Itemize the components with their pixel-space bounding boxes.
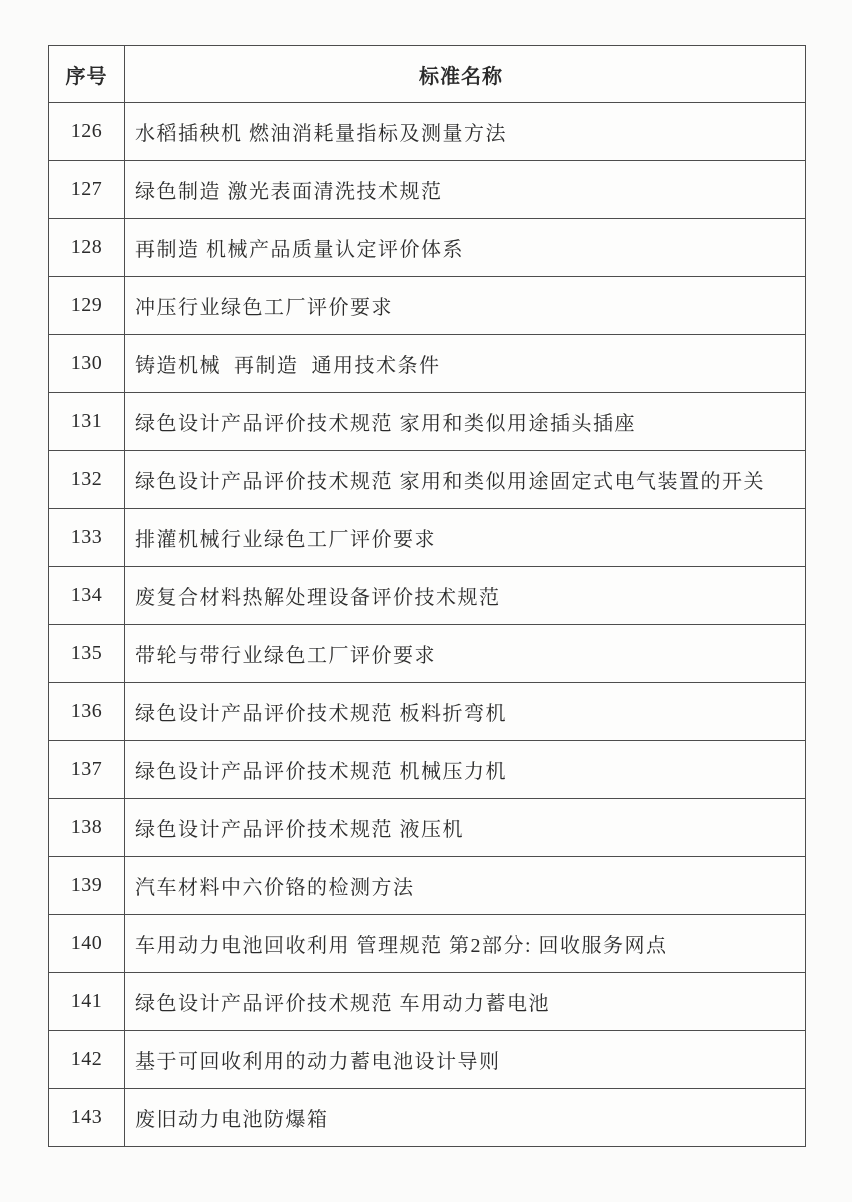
table-body: 126 水稻插秧机 燃油消耗量指标及测量方法 127 绿色制造 激光表面清洗技术…: [49, 103, 806, 1147]
table-row: 142 基于可回收利用的动力蓄电池设计导则: [49, 1031, 806, 1089]
document-page: 序号 标准名称 126 水稻插秧机 燃油消耗量指标及测量方法 127 绿色制造 …: [0, 0, 852, 1202]
table-row: 133 排灌机械行业绿色工厂评价要求: [49, 509, 806, 567]
row-name-cell: 水稻插秧机 燃油消耗量指标及测量方法: [125, 103, 806, 161]
row-index-cell: 133: [49, 509, 125, 567]
row-name-cell: 绿色设计产品评价技术规范 液压机: [125, 799, 806, 857]
table-row: 136 绿色设计产品评价技术规范 板料折弯机: [49, 683, 806, 741]
table-row: 129 冲压行业绿色工厂评价要求: [49, 277, 806, 335]
row-name-cell: 冲压行业绿色工厂评价要求: [125, 277, 806, 335]
table-row: 135 带轮与带行业绿色工厂评价要求: [49, 625, 806, 683]
row-name-cell: 车用动力电池回收利用 管理规范 第2部分: 回收服务网点: [125, 915, 806, 973]
row-index-cell: 132: [49, 451, 125, 509]
row-name-cell: 再制造 机械产品质量认定评价体系: [125, 219, 806, 277]
row-name-cell: 绿色设计产品评价技术规范 车用动力蓄电池: [125, 973, 806, 1031]
row-index-cell: 137: [49, 741, 125, 799]
header-cell-name: 标准名称: [125, 46, 806, 103]
table-row: 139 汽车材料中六价铬的检测方法: [49, 857, 806, 915]
table-row: 140 车用动力电池回收利用 管理规范 第2部分: 回收服务网点: [49, 915, 806, 973]
table-row: 127 绿色制造 激光表面清洗技术规范: [49, 161, 806, 219]
row-name-cell: 废复合材料热解处理设备评价技术规范: [125, 567, 806, 625]
table-row: 134 废复合材料热解处理设备评价技术规范: [49, 567, 806, 625]
row-name-cell: 绿色设计产品评价技术规范 家用和类似用途插头插座: [125, 393, 806, 451]
table-row: 138 绿色设计产品评价技术规范 液压机: [49, 799, 806, 857]
row-index-cell: 135: [49, 625, 125, 683]
row-index-cell: 134: [49, 567, 125, 625]
row-index-cell: 140: [49, 915, 125, 973]
table-row: 131 绿色设计产品评价技术规范 家用和类似用途插头插座: [49, 393, 806, 451]
table-row: 130 铸造机械 再制造 通用技术条件: [49, 335, 806, 393]
row-name-cell: 基于可回收利用的动力蓄电池设计导则: [125, 1031, 806, 1089]
row-index-cell: 139: [49, 857, 125, 915]
row-index-cell: 128: [49, 219, 125, 277]
row-index-cell: 127: [49, 161, 125, 219]
row-name-cell: 带轮与带行业绿色工厂评价要求: [125, 625, 806, 683]
table-row: 132 绿色设计产品评价技术规范 家用和类似用途固定式电气装置的开关: [49, 451, 806, 509]
row-name-cell: 绿色设计产品评价技术规范 机械压力机: [125, 741, 806, 799]
table-row: 137 绿色设计产品评价技术规范 机械压力机: [49, 741, 806, 799]
table-row: 141 绿色设计产品评价技术规范 车用动力蓄电池: [49, 973, 806, 1031]
row-index-cell: 138: [49, 799, 125, 857]
row-index-cell: 142: [49, 1031, 125, 1089]
row-index-cell: 130: [49, 335, 125, 393]
header-cell-index: 序号: [49, 46, 125, 103]
row-index-cell: 143: [49, 1089, 125, 1147]
row-index-cell: 129: [49, 277, 125, 335]
row-name-cell: 绿色制造 激光表面清洗技术规范: [125, 161, 806, 219]
table-header: 序号 标准名称: [49, 46, 806, 103]
header-row: 序号 标准名称: [49, 46, 806, 103]
table-row: 126 水稻插秧机 燃油消耗量指标及测量方法: [49, 103, 806, 161]
row-name-cell: 汽车材料中六价铬的检测方法: [125, 857, 806, 915]
row-name-cell: 绿色设计产品评价技术规范 家用和类似用途固定式电气装置的开关: [125, 451, 806, 509]
standards-table: 序号 标准名称 126 水稻插秧机 燃油消耗量指标及测量方法 127 绿色制造 …: [48, 45, 806, 1147]
row-name-cell: 铸造机械 再制造 通用技术条件: [125, 335, 806, 393]
row-name-cell: 绿色设计产品评价技术规范 板料折弯机: [125, 683, 806, 741]
row-index-cell: 126: [49, 103, 125, 161]
row-name-cell: 排灌机械行业绿色工厂评价要求: [125, 509, 806, 567]
row-index-cell: 136: [49, 683, 125, 741]
row-index-cell: 131: [49, 393, 125, 451]
row-name-cell: 废旧动力电池防爆箱: [125, 1089, 806, 1147]
table-row: 143 废旧动力电池防爆箱: [49, 1089, 806, 1147]
table-row: 128 再制造 机械产品质量认定评价体系: [49, 219, 806, 277]
row-index-cell: 141: [49, 973, 125, 1031]
